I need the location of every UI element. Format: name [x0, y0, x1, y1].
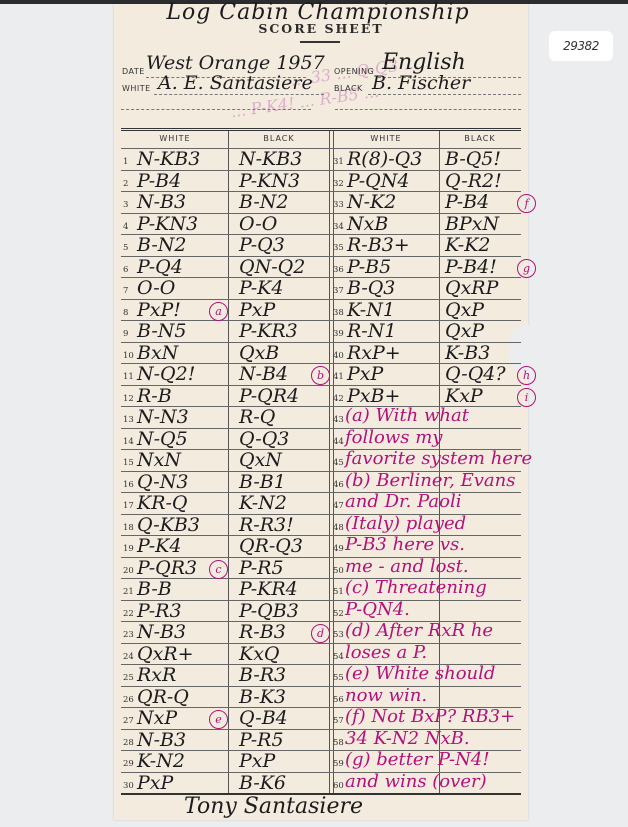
move-number: 9 [123, 329, 128, 339]
move-number: 43 [333, 415, 344, 425]
move-number: 19 [123, 544, 134, 554]
catalog-tag: 29382 [549, 31, 613, 61]
black-move: B-K6 [239, 774, 286, 793]
annotation-line: (c) Threatening [345, 579, 487, 597]
move-number: 57 [333, 716, 344, 726]
black-move: QR-Q3 [239, 537, 303, 556]
move-number: 13 [123, 415, 134, 425]
title-rule [300, 41, 340, 43]
black-move: B-N2 [239, 193, 288, 212]
signature: Tony Santasiere [184, 794, 363, 819]
annotation-marker: c [209, 560, 228, 579]
white-move: QR-Q [137, 688, 189, 707]
black-move: KxP [445, 387, 483, 406]
annotation-line: now win. [345, 687, 427, 705]
white-move: R-B [137, 387, 172, 406]
black-move: K-B3 [445, 344, 490, 363]
white-move: R(8)-Q3 [347, 150, 422, 169]
move-number: 53 [333, 630, 344, 640]
black-move: P-R5 [239, 731, 284, 750]
white-move: B-N2 [137, 236, 186, 255]
annotation-marker: b [311, 366, 330, 385]
annotation-marker: f [517, 194, 536, 213]
black-move: N-KB3 [239, 150, 302, 169]
blank-line-left [121, 109, 311, 110]
move-number: 4 [123, 222, 128, 232]
move-number: 46 [333, 480, 344, 490]
black-move: PxP [239, 301, 275, 320]
black-move: N-B4 [239, 365, 288, 384]
move-number: 50 [333, 566, 344, 576]
move-number: 34 [333, 222, 344, 232]
white-move: K-N2 [137, 752, 185, 771]
white-label: WHITE [122, 84, 151, 93]
move-number: 37 [333, 286, 344, 296]
move-number: 47 [333, 501, 344, 511]
move-number: 6 [123, 265, 128, 275]
white-move: RxR [137, 666, 176, 685]
annotation-line: (a) With what [345, 407, 469, 425]
black-move: QxB [239, 344, 279, 363]
move-number: 1 [123, 157, 128, 167]
move-number: 20 [123, 566, 134, 576]
white-move: B-Q3 [347, 279, 395, 298]
black-move: QxP [445, 322, 484, 341]
move-number: 32 [333, 179, 344, 189]
black-move: P-Q3 [239, 236, 285, 255]
move-number: 45 [333, 458, 344, 468]
move-number: 25 [123, 673, 134, 683]
black-move: R-Q [239, 408, 275, 427]
black-label: BLACK [334, 84, 363, 93]
black-move: QxRP [445, 279, 498, 298]
white-move: O-O [137, 279, 175, 298]
move-number: 8 [123, 308, 128, 318]
annotation-line: (b) Berliner, Evans [345, 472, 515, 490]
white-move: P-QN4 [347, 172, 409, 191]
column-divider [228, 131, 229, 795]
blank-line-right [335, 109, 521, 110]
annotation-line: and wins (over) [345, 773, 487, 791]
annotation-line: (e) White should [345, 665, 495, 683]
black-move: B-R3 [239, 666, 286, 685]
white-move: N-Q5 [137, 430, 188, 449]
white-move: P-K4 [137, 537, 181, 556]
move-number: 28 [123, 738, 134, 748]
black-move: Q-R2! [445, 172, 502, 191]
white-move: P-R3 [137, 602, 182, 621]
white-line [154, 94, 324, 95]
annotation-marker: d [311, 624, 330, 643]
col-header-black-2: BLACK [439, 134, 521, 143]
black-move: P-KR4 [239, 580, 298, 599]
annotation-line: me - and lost. [345, 558, 469, 576]
black-move: PxP [239, 752, 275, 771]
white-move: P-B4 [137, 172, 181, 191]
white-player-value: A. E. Santasiere [158, 72, 313, 94]
black-move: P-QR4 [239, 387, 299, 406]
move-number: 59 [333, 759, 344, 769]
move-number: 5 [123, 243, 128, 253]
col-header-white-2: WHITE [333, 134, 439, 143]
white-move: N-B3 [137, 731, 186, 750]
black-move: Q-B4 [239, 709, 288, 728]
annotation-line: favorite system here [345, 450, 532, 468]
annotation-marker: e [209, 710, 228, 729]
annotation-line: (g) better P-N4! [345, 751, 490, 769]
annotation-line: loses a P. [345, 644, 427, 662]
annotation-line: follows my [345, 429, 442, 447]
move-number: 24 [123, 652, 134, 662]
black-move: Q-Q4? [445, 365, 506, 384]
white-move: R-B3+ [347, 236, 410, 255]
white-move: P-Q4 [137, 258, 183, 277]
black-move: P-KN3 [239, 172, 300, 191]
black-move: R-B3 [239, 623, 286, 642]
white-move: N-B3 [137, 193, 186, 212]
annotation-line: P-B3 here vs. [345, 536, 465, 554]
white-move: RxP+ [347, 344, 401, 363]
date-label: DATE [122, 67, 145, 76]
move-number: 23 [123, 630, 134, 640]
move-number: 38 [333, 308, 344, 318]
white-move: B-N5 [137, 322, 186, 341]
white-move: P-QR3 [137, 559, 197, 578]
move-number: 22 [123, 609, 134, 619]
date-value: West Orange 1957 [146, 52, 325, 74]
move-number: 29 [123, 759, 134, 769]
black-move: QxN [239, 451, 282, 470]
opening-label: OPENING [334, 67, 374, 76]
black-move: K-N2 [239, 494, 287, 513]
annotation-line: and Dr. Paoli [345, 493, 461, 511]
move-number: 48 [333, 523, 344, 533]
move-number: 60 [333, 781, 344, 791]
black-move: B-Q5! [445, 150, 501, 169]
move-number: 33 [333, 200, 344, 210]
white-move: PxP! [137, 301, 181, 320]
black-move: QN-Q2 [239, 258, 305, 277]
move-number: 10 [123, 351, 134, 361]
white-move: KR-Q [137, 494, 188, 513]
move-number: 41 [333, 372, 344, 382]
move-number: 7 [123, 286, 128, 296]
annotation-line: (f) Not BxP? RB3+ [345, 708, 515, 726]
white-move: K-N1 [347, 301, 395, 320]
move-number: 3 [123, 200, 128, 210]
white-move: Q-KB3 [137, 516, 200, 535]
move-number: 30 [123, 781, 134, 791]
white-move: Q-N3 [137, 473, 188, 492]
move-number: 12 [123, 394, 134, 404]
move-number: 11 [123, 372, 134, 382]
black-move: P-B4! [445, 258, 497, 277]
move-number: 36 [333, 265, 344, 275]
move-number: 35 [333, 243, 344, 253]
white-move: NxB [347, 215, 388, 234]
white-move: NxN [137, 451, 181, 470]
black-move: KxQ [239, 645, 280, 664]
white-move: P-KN3 [137, 215, 198, 234]
white-move: N-B3 [137, 623, 186, 642]
black-move: P-QB3 [239, 602, 299, 621]
move-grid: WHITE BLACK WHITE BLACK 1N-KB3N-KB32P-B4… [121, 128, 521, 795]
move-number: 17 [123, 501, 134, 511]
move-number: 58 [333, 738, 344, 748]
move-number: 51 [333, 587, 344, 597]
white-move: PxB+ [347, 387, 400, 406]
black-move: BPxN [445, 215, 499, 234]
move-number: 49 [333, 544, 344, 554]
annotation-marker: a [209, 302, 228, 321]
annotation-marker: i [517, 388, 536, 407]
move-number: 16 [123, 480, 134, 490]
move-number: 40 [333, 351, 344, 361]
black-move: QxP [445, 301, 484, 320]
white-move: QxR+ [137, 645, 194, 664]
move-number: 44 [333, 437, 344, 447]
white-move: N-KB3 [137, 150, 200, 169]
black-move: P-KR3 [239, 322, 298, 341]
sheet-title: SCORE SHEET [114, 21, 528, 36]
move-number: 27 [123, 716, 134, 726]
move-number: 39 [333, 329, 344, 339]
move-number: 14 [123, 437, 134, 447]
white-move: P-B5 [347, 258, 391, 277]
white-move: N-K2 [347, 193, 396, 212]
black-move: B-B1 [239, 473, 286, 492]
annotation-line: P-QN4. [345, 601, 410, 619]
move-number: 42 [333, 394, 344, 404]
white-move: NxP [137, 709, 177, 728]
black-player-value: B. Fischer [372, 72, 470, 94]
move-number: 2 [123, 179, 128, 189]
move-number: 56 [333, 695, 344, 705]
black-move: Q-Q3 [239, 430, 289, 449]
annotation-line: (d) After RxR he [345, 622, 493, 640]
black-move: P-K4 [239, 279, 283, 298]
white-move: B-B [137, 580, 172, 599]
black-move: P-B4 [445, 193, 489, 212]
white-move: N-N3 [137, 408, 189, 427]
white-move: PxP [137, 774, 173, 793]
black-move: K-K2 [445, 236, 491, 255]
black-move: O-O [239, 215, 277, 234]
annotation-marker: h [517, 366, 536, 385]
black-move: P-R5 [239, 559, 284, 578]
move-number: 55 [333, 673, 344, 683]
move-number: 15 [123, 458, 134, 468]
col-header-black-1: BLACK [229, 134, 329, 143]
white-move: R-N1 [347, 322, 396, 341]
white-move: BxN [137, 344, 178, 363]
move-number: 54 [333, 652, 344, 662]
black-move: R-R3! [239, 516, 294, 535]
move-number: 52 [333, 609, 344, 619]
move-number: 18 [123, 523, 134, 533]
white-move: N-Q2! [137, 365, 195, 384]
move-number: 26 [123, 695, 134, 705]
black-line [368, 94, 521, 95]
move-number: 31 [333, 157, 344, 167]
annotation-line: (Italy) played [345, 515, 466, 533]
white-move: PxP [347, 365, 383, 384]
col-header-white-1: WHITE [121, 134, 229, 143]
black-move: B-K3 [239, 688, 286, 707]
annotation-line: 34 K-N2 NxB. [345, 730, 470, 748]
annotation-marker: g [517, 259, 536, 278]
move-number: 21 [123, 587, 134, 597]
